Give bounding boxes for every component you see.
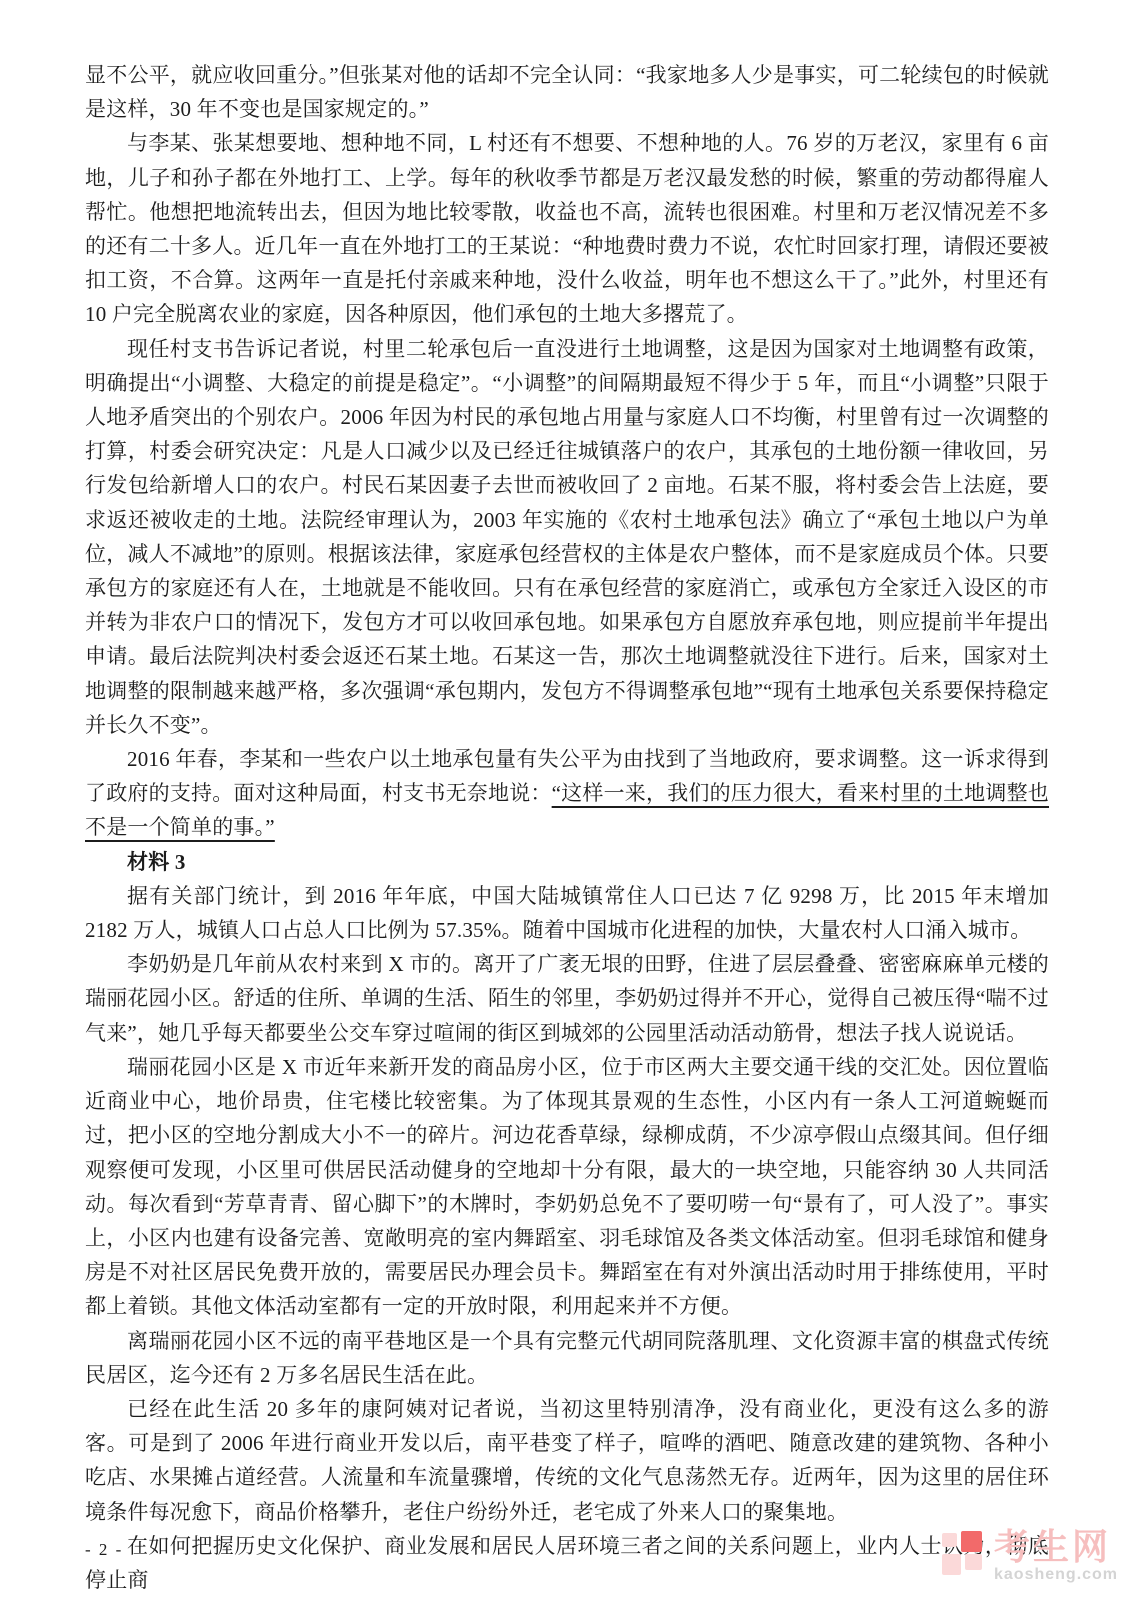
text-run: 瑞丽花园小区是 X 市近年来新开发的商品房小区，位于市区两大主要交通干线的交汇处… [85,1055,1049,1318]
paragraph: 在如何把握历史文化保护、商业发展和居民人居环境三者之间的关系问题上，业内人士认为… [85,1529,1049,1597]
paragraph: 李奶奶是几年前从农村来到 X 市的。离开了广袤无垠的田野，住进了层层叠叠、密密麻… [85,947,1049,1050]
paragraph: 与李某、张某想要地、想种地不同，L 村还有不想要、不想种地的人。76 岁的万老汉… [85,126,1049,331]
text-run: 显不公平，就应收回重分。”但张某对他的话却不完全认同：“我家地多人少是事实，可二… [85,63,1049,121]
document-body: 显不公平，就应收回重分。”但张某对他的话却不完全认同：“我家地多人少是事实，可二… [85,58,1049,1597]
paragraph: 2016 年春，李某和一些农户以土地承包量有失公平为由找到了当地政府，要求调整。… [85,742,1049,845]
watermark-text: 考生网 kaosheng.com [994,1529,1124,1584]
document-page: 显不公平，就应收回重分。”但张某对他的话却不完全认同：“我家地多人少是事实，可二… [0,0,1131,1600]
paragraph: 据有关部门统计，到 2016 年年底，中国大陆城镇常住人口已达 7 亿 9298… [85,879,1049,947]
kaosheng-logo-icon [941,1531,987,1577]
text-run: 与李某、张某想要地、想种地不同，L 村还有不想要、不想种地的人。76 岁的万老汉… [85,131,1049,326]
text-run: 材料 3 [127,850,186,874]
paragraph: 显不公平，就应收回重分。”但张某对他的话却不完全认同：“我家地多人少是事实，可二… [85,58,1049,126]
page-number: - 2 - [85,1540,123,1560]
text-run: 离瑞丽花园小区不远的南平巷地区是一个具有完整元代胡同院落肌理、文化资源丰富的棋盘… [85,1329,1049,1387]
text-run: 李奶奶是几年前从农村来到 X 市的。离开了广袤无垠的田野，住进了层层叠叠、密密麻… [85,952,1049,1044]
watermark-domain: kaosheng.com [994,1566,1124,1584]
text-run: 据有关部门统计，到 2016 年年底，中国大陆城镇常住人口已达 7 亿 9298… [85,884,1049,942]
paragraph: 现任村支书告诉记者说，村里二轮承包后一直没进行土地调整，这是因为国家对土地调整有… [85,332,1049,742]
material-heading: 材料 3 [85,845,1049,879]
paragraph: 瑞丽花园小区是 X 市近年来新开发的商品房小区，位于市区两大主要交通干线的交汇处… [85,1050,1049,1324]
watermark-site-name: 考生网 [994,1529,1124,1565]
text-run: 在如何把握历史文化保护、商业发展和居民人居环境三者之间的关系问题上，业内人士认为… [85,1534,1049,1592]
text-run: 现任村支书告诉记者说，村里二轮承包后一直没进行土地调整，这是因为国家对土地调整有… [85,337,1049,737]
text-run: 已经在此生活 20 多年的康阿姨对记者说，当初这里特别清净，没有商业化，更没有这… [85,1397,1049,1524]
paragraph: 离瑞丽花园小区不远的南平巷地区是一个具有完整元代胡同院落肌理、文化资源丰富的棋盘… [85,1324,1049,1392]
kaosheng-watermark: 考生网 kaosheng.com [941,1531,1121,1587]
paragraph: 已经在此生活 20 多年的康阿姨对记者说，当初这里特别清净，没有商业化，更没有这… [85,1392,1049,1529]
